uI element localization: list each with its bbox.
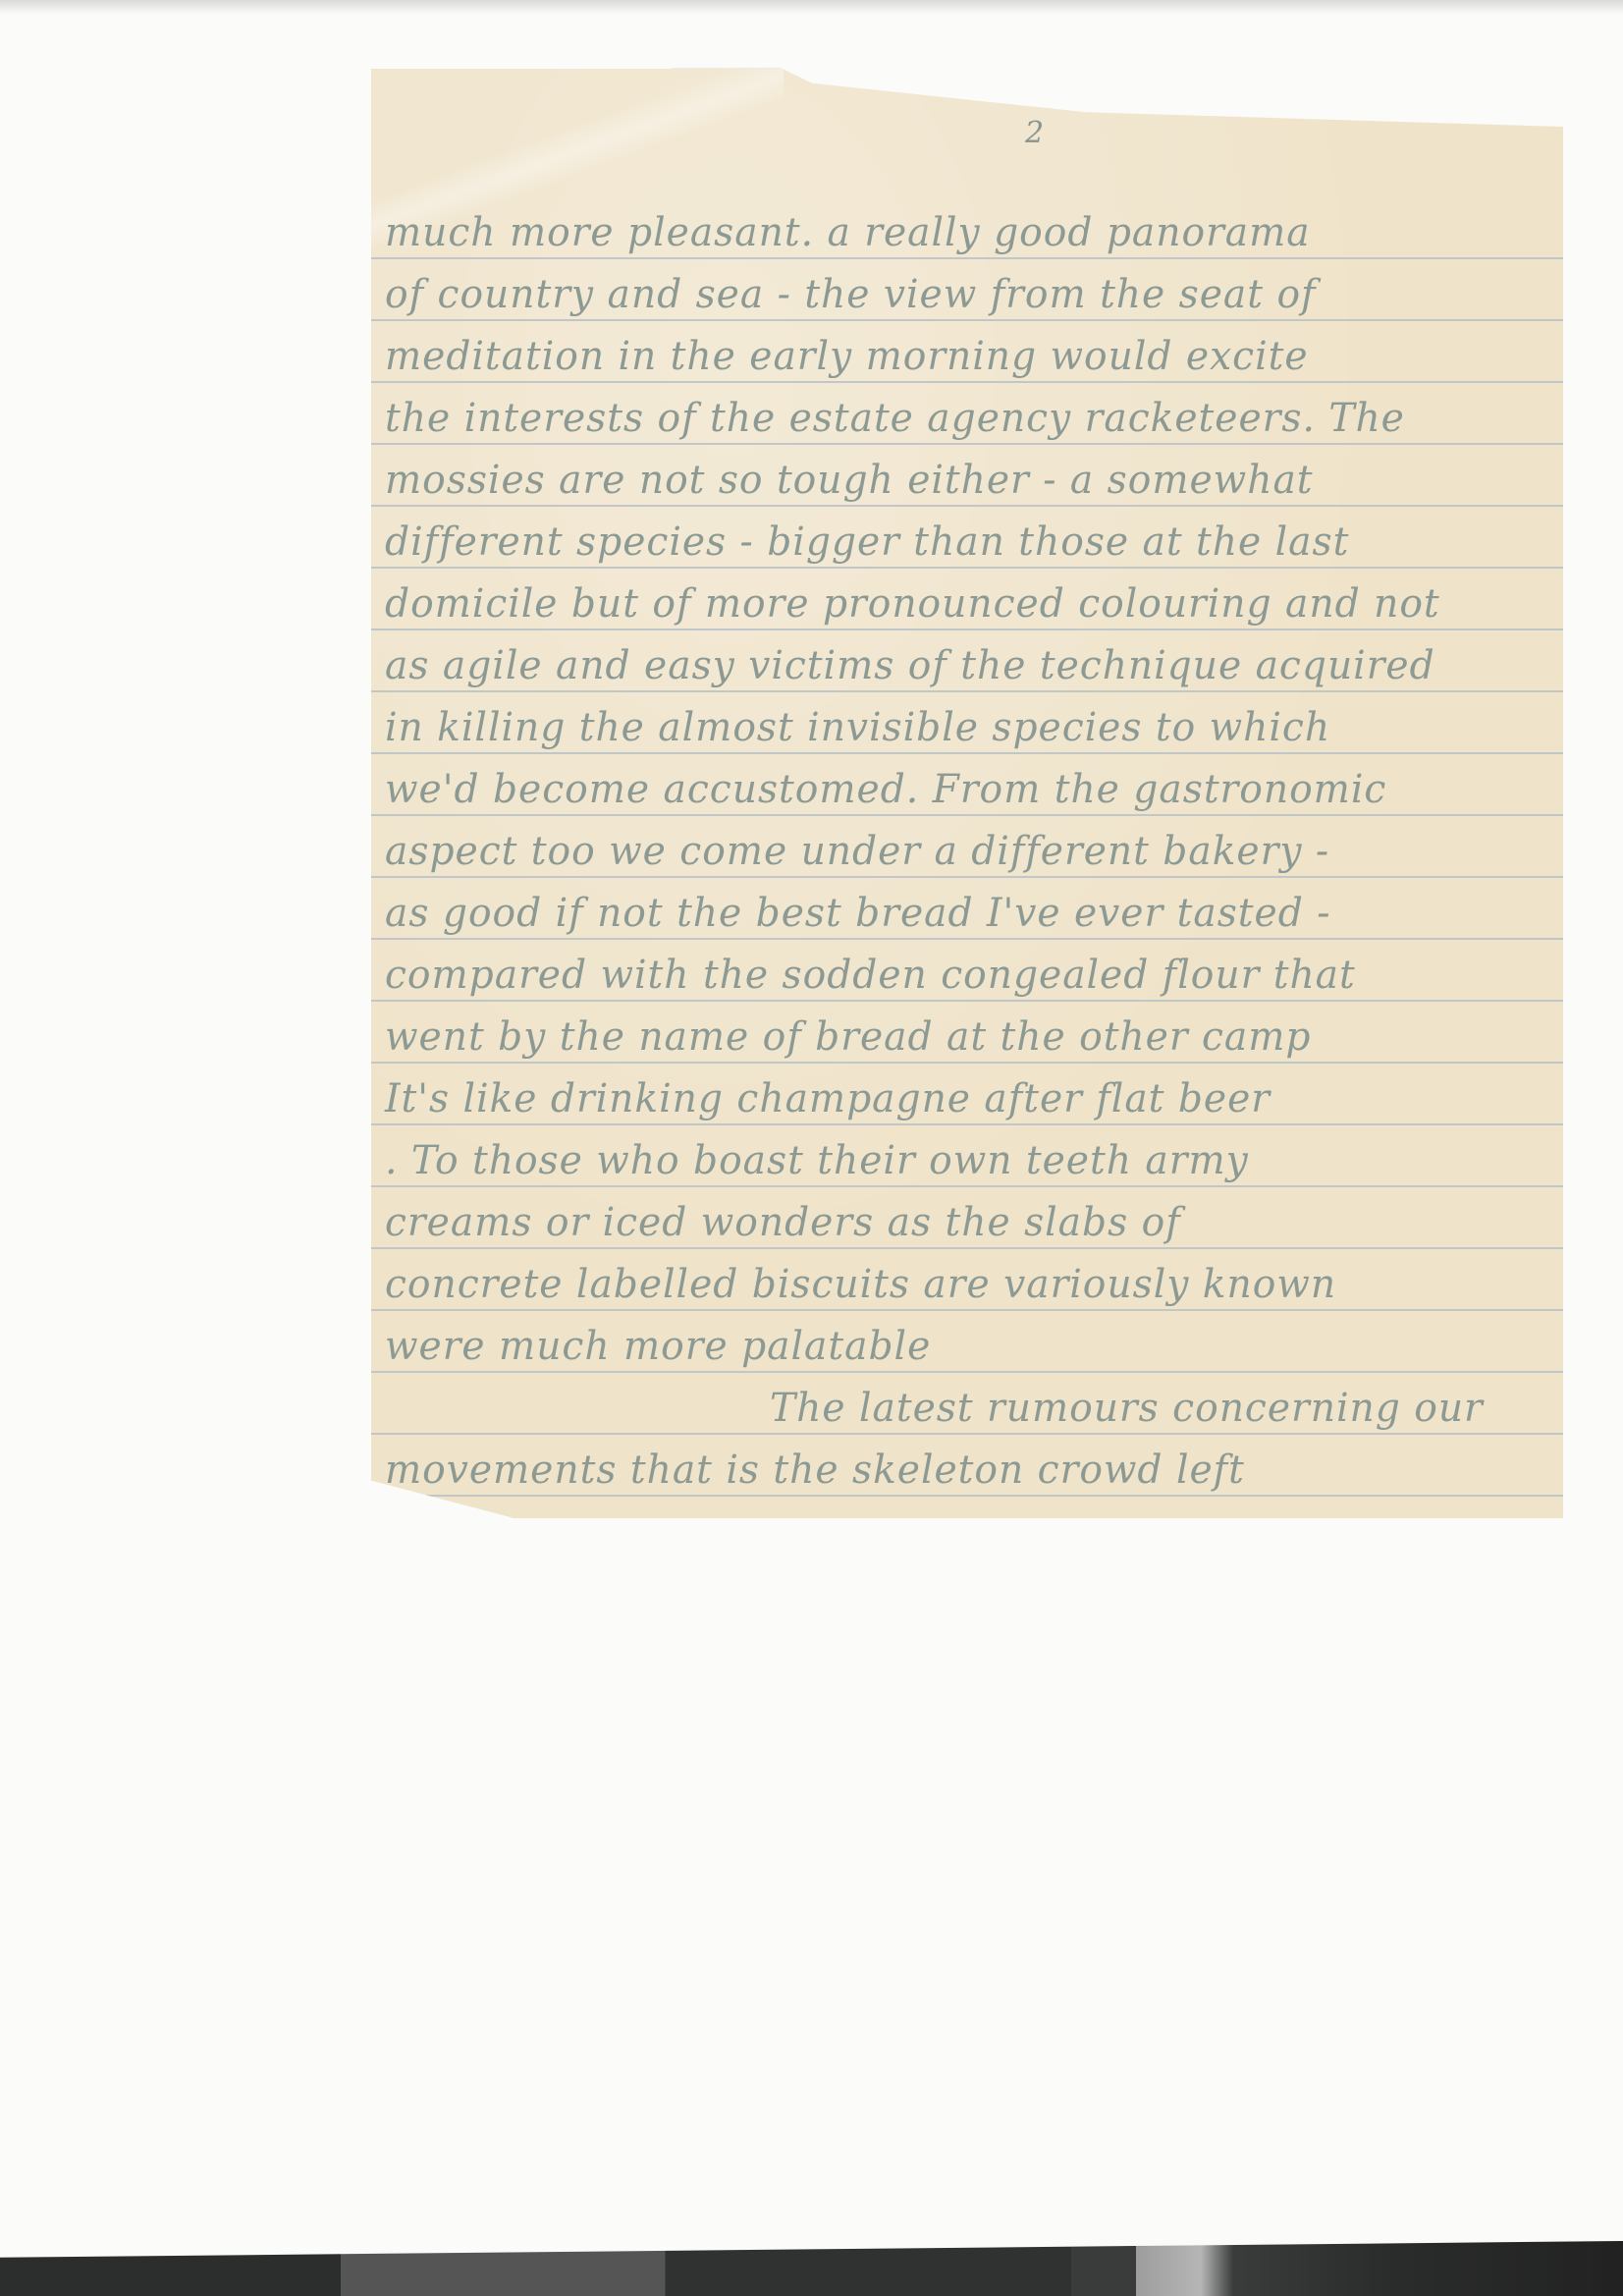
scanner-top-edge xyxy=(0,0,1623,14)
handwritten-line: much more pleasant. a really good panora… xyxy=(385,208,1526,257)
ruled-line xyxy=(371,1309,1563,1311)
ruled-line xyxy=(371,629,1563,630)
ruled-line xyxy=(371,814,1563,816)
ruled-line xyxy=(371,257,1563,259)
handwritten-line: It's like drinking champagne after flat … xyxy=(385,1074,1526,1123)
handwritten-line: movements that is the skeleton crowd lef… xyxy=(385,1446,1526,1495)
handwritten-line: compared with the sodden congealed flour… xyxy=(385,951,1526,1000)
ruled-line xyxy=(371,1000,1563,1002)
ruled-line xyxy=(371,505,1563,507)
ruled-line xyxy=(371,567,1563,569)
ruled-line xyxy=(371,1123,1563,1125)
handwritten-line: were much more palatable xyxy=(385,1322,1526,1371)
handwritten-line: creams or iced wonders as the slabs of xyxy=(385,1198,1526,1247)
handwritten-line: went by the name of bread at the other c… xyxy=(385,1012,1526,1062)
handwritten-line: as good if not the best bread I've ever … xyxy=(385,889,1526,938)
ruled-line xyxy=(371,1247,1563,1249)
ruled-line xyxy=(371,443,1563,445)
handwritten-line: concrete labelled biscuits are variously… xyxy=(385,1260,1526,1309)
handwritten-line: in killing the almost invisible species … xyxy=(385,703,1526,752)
handwritten-line: The latest rumours concerning our xyxy=(385,1384,1526,1433)
ruled-line xyxy=(371,1371,1563,1373)
handwritten-line: of country and sea - the view from the s… xyxy=(385,270,1526,319)
ruled-line xyxy=(371,938,1563,940)
handwritten-line: as agile and easy victims of the techniq… xyxy=(385,641,1526,690)
handwritten-line: domicile but of more pronounced colourin… xyxy=(385,579,1526,629)
page-number: 2 xyxy=(1025,116,1044,150)
ruled-line xyxy=(371,876,1563,878)
ruled-line xyxy=(371,1185,1563,1187)
handwritten-line: . To those who boast their own teeth arm… xyxy=(385,1136,1526,1185)
ruled-line xyxy=(371,1433,1563,1435)
handwritten-line: we'd become accustomed. From the gastron… xyxy=(385,765,1526,814)
handwritten-line: mossies are not so tough either - a some… xyxy=(385,456,1526,505)
ruled-line xyxy=(371,381,1563,383)
handwritten-line: different species - bigger than those at… xyxy=(385,518,1526,567)
ruled-line xyxy=(371,319,1563,321)
handwritten-line: the interests of the estate agency racke… xyxy=(385,394,1526,443)
handwritten-line: meditation in the early morning would ex… xyxy=(385,332,1526,381)
scanner-bed-edge xyxy=(0,2241,1623,2296)
ruled-line xyxy=(371,1495,1563,1497)
ruled-line xyxy=(371,1557,1563,1558)
handwritten-letter-page: 2 much more pleasant. a really good pano… xyxy=(371,69,1563,1518)
ruled-line xyxy=(371,1062,1563,1064)
handwritten-line: aspect too we come under a different bak… xyxy=(385,827,1526,876)
ruled-line xyxy=(371,752,1563,754)
ruled-line xyxy=(371,690,1563,692)
